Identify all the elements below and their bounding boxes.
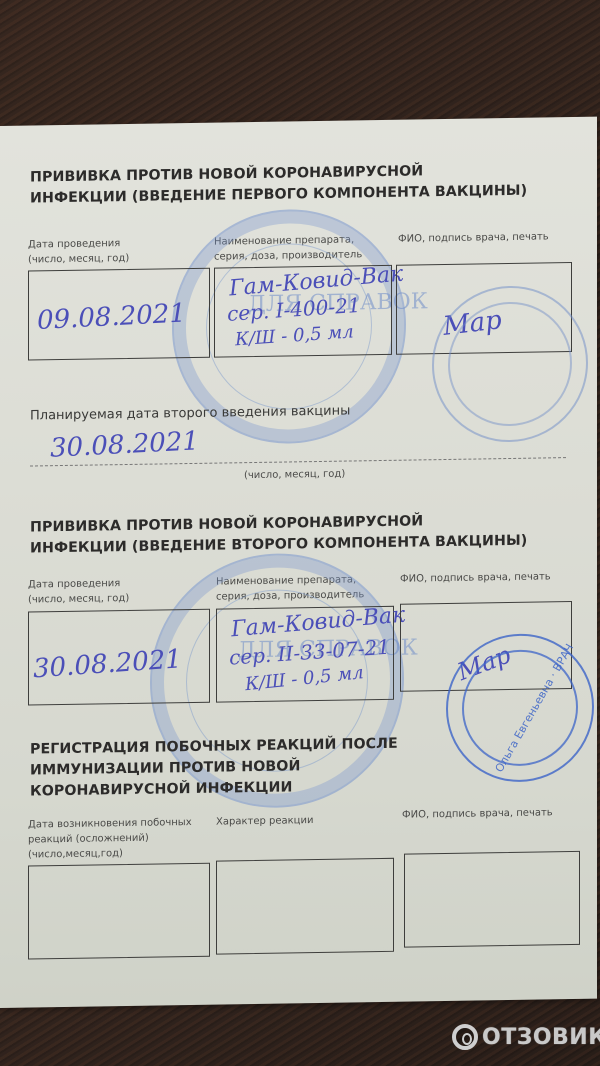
section1-date-label: Дата проведения xyxy=(28,236,120,252)
section2-vaccine-series: сер. II-33-07-21 xyxy=(229,637,391,668)
otzovik-watermark: ОТЗОВИК xyxy=(452,1024,600,1050)
section1-doctor-label: ФИО, подпись врача, печать xyxy=(398,229,549,246)
section3-doctor-box xyxy=(404,851,580,948)
section2-date-value: 30.08.2021 xyxy=(32,646,182,682)
section2-date-label: Дата проведения xyxy=(28,576,120,592)
section1-date-box: 09.08.2021 xyxy=(28,268,210,361)
vaccination-certificate-page: ПРИВИВКА ПРОТИВ НОВОЙ КОРОНАВИРУСНОЙ ИНФ… xyxy=(0,117,597,1008)
section2-vaccine-dose: К/Ш - 0,5 мл xyxy=(244,664,364,694)
section1-doctor-stamp xyxy=(432,285,588,443)
section3-doctor-label: ФИО, подпись врача, печать xyxy=(402,805,553,822)
section2-vaccine-box: Гам-Ковид-Вак сер. II-33-07-21 К/Ш - 0,5… xyxy=(216,606,394,703)
otzovik-brand-text: ОТЗОВИК xyxy=(482,1025,600,1050)
section3-reaction-label: Характер реакции xyxy=(216,813,313,830)
section3-date-box xyxy=(28,863,210,960)
planned-date-hint: (число, месяц, год) xyxy=(244,467,345,484)
otzovik-logo-icon xyxy=(452,1024,478,1050)
section3-title-line2: ИММУНИЗАЦИИ ПРОТИВ НОВОЙ xyxy=(30,756,300,780)
section3-reaction-box xyxy=(216,858,394,955)
section2-date-box: 30.08.2021 xyxy=(28,609,210,706)
section3-title-line3: КОРОНАВИРУСНОЙ ИНФЕКЦИИ xyxy=(30,777,292,801)
planned-date-value: 30.08.2021 xyxy=(50,428,200,462)
section2-date-hint: (число, месяц, год) xyxy=(28,591,129,608)
section1-date-value: 09.08.2021 xyxy=(37,300,187,334)
section1-date-hint: (число, месяц, год) xyxy=(28,251,129,268)
section1-vaccine-box: Гам-Ковид-Вак сер. I-400-21 К/Ш - 0,5 мл xyxy=(214,265,392,358)
section1-vaccine-dose: К/Ш - 0,5 мл xyxy=(235,323,355,349)
section2-doctor-stamp: Ольга Евгеньевна · ВРАЧ xyxy=(446,633,594,783)
section3-date-label-2: реакций (осложнений) xyxy=(28,831,149,848)
section3-date-hint: (число,месяц,год) xyxy=(28,846,123,862)
section2-doctor-label: ФИО, подпись врача, печать xyxy=(400,569,551,586)
section3-date-label: Дата возникновения побочных xyxy=(28,815,192,833)
